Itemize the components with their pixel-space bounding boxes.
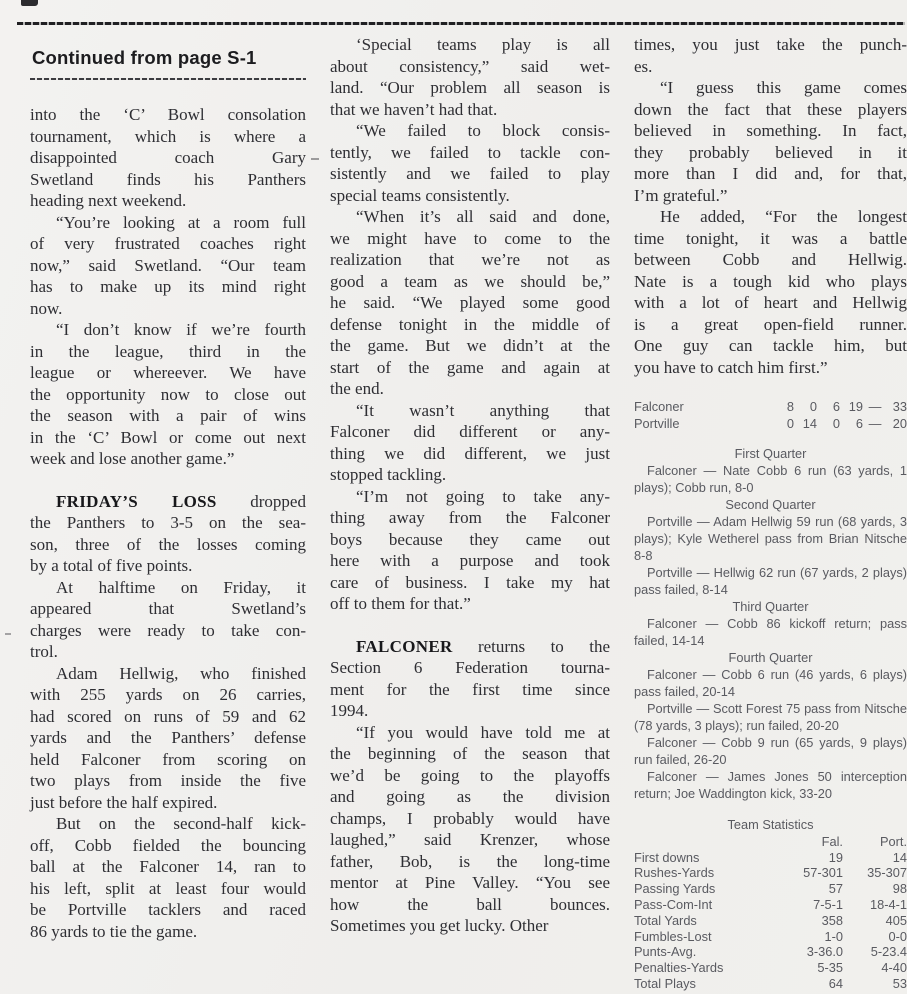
team-stats-row: Total Plays6453 [634, 976, 907, 992]
text-line: Swetland finds his Panthers [30, 169, 306, 191]
text-line: I’m grateful.” [634, 185, 907, 207]
final-score: 20 [887, 415, 907, 432]
text-line: believed in something. In fact, [634, 120, 907, 142]
quarter-score: 0 [794, 398, 817, 415]
linescore-row: Falconer80619—33 [634, 398, 907, 415]
paragraph: into the ‘C’ Bowl consolationtournament,… [30, 104, 306, 212]
text-line: laughed,” said Krenzer, whose [330, 829, 610, 851]
text-line: thing we did different, we just [330, 443, 610, 465]
top-rule-line [17, 22, 905, 25]
stat-value-falconer: 1-0 [777, 929, 843, 945]
text-line: just before the half expired. [30, 792, 306, 814]
stat-value-falconer: 57 [777, 881, 843, 897]
text-line: the game. But we didn’t at the [330, 335, 610, 357]
text-line: ball at the Falconer 14, ran to [30, 856, 306, 878]
continued-from-header: Continued from page S-1 [30, 34, 306, 78]
text-line: good a team as we should be,” [330, 271, 610, 293]
text-line: special teams consistently. [330, 185, 610, 207]
text-line: tournament, which is where a [30, 126, 306, 148]
stat-label: Total Plays [634, 976, 777, 992]
linescore-team: Falconer [634, 398, 684, 415]
text-line: At halftime on Friday, it [30, 577, 306, 599]
stat-value-falconer: 57-301 [777, 865, 843, 881]
stat-value-portville: 14 [843, 850, 907, 866]
text-line: the season with a pair of wins [30, 405, 306, 427]
text-line: into the ‘C’ Bowl consolation [30, 104, 306, 126]
text-line: mentor at Pine Valley. “You see [330, 872, 610, 894]
scoring-entry: Portville — Scott Forest 75 pass from Ni… [634, 700, 907, 734]
text-line: thing away from the Falconer [330, 507, 610, 529]
scoring-line: return; Joe Waddington kick, 33-20 [634, 785, 907, 802]
text-line: that we haven’t had that. [330, 99, 610, 121]
text-line: we’d be going to the playoffs [330, 765, 610, 787]
text-line: son, three of the losses coming [30, 534, 306, 556]
text-line: yards and the Panthers’ defense [30, 727, 306, 749]
stat-label: Pass-Com-Int [634, 897, 777, 913]
quarter-score: 0 [771, 415, 794, 432]
paragraph: FRIDAY’S LOSS droppedthe Panthers to 3-5… [30, 491, 306, 577]
text-line: “I guess this game comes [634, 77, 907, 99]
text-line: with 255 yards on 26 carries, [30, 684, 306, 706]
team-stats-row: Rushes-Yards57-30135-307 [634, 865, 907, 881]
team-stats-row: Fumbles-Lost1-00-0 [634, 929, 907, 945]
text-line: FALCONER returns to the [330, 636, 610, 658]
stat-value-portville: 5-23.4 [843, 944, 907, 960]
text-line: He added, “For the longest [634, 206, 907, 228]
text-line: care of business. I take my hat [330, 572, 610, 594]
team-stats-title: Team Statistics [634, 817, 907, 833]
scoring-line: plays); Cobb run, 8-0 [634, 479, 907, 496]
text-line: FRIDAY’S LOSS dropped [30, 491, 306, 513]
text-line: is a great open-field runner. [634, 314, 907, 336]
team-stats-row: Penalties-Yards5-354-40 [634, 960, 907, 976]
stat-value-falconer: 5-35 [777, 960, 843, 976]
scoring-entry: Portville — Hellwig 62 run (67 yards, 2 … [634, 564, 907, 598]
scoring-summary: First QuarterFalconer — Nate Cobb 6 run … [634, 445, 907, 802]
stat-value-portville: 4-40 [843, 960, 907, 976]
text-line: he said. “We played some good [330, 292, 610, 314]
team-stats-rows: First downs1914Rushes-Yards57-30135-307P… [634, 850, 907, 992]
dash: — [863, 415, 887, 432]
quarter-heading: Fourth Quarter [634, 649, 907, 666]
text-line: we might have to come to the [330, 228, 610, 250]
continued-header-rule [30, 78, 306, 80]
quarter-score: 0 [817, 415, 840, 432]
linescore-scores: 01406—20 [771, 415, 907, 432]
quarter-score: 8 [771, 398, 794, 415]
text-line: “When it’s all said and done, [330, 206, 610, 228]
article-column-2: ‘Special teams play is allabout consiste… [330, 34, 610, 937]
box-score: Falconer80619—33Portville01406—20 First … [634, 398, 907, 992]
team-stats-row: First downs1914 [634, 850, 907, 866]
text-line: now. [30, 298, 306, 320]
team-stats-row: Passing Yards5798 [634, 881, 907, 897]
stat-value-portville: 405 [843, 913, 907, 929]
text-line: in the ‘C’ Bowl or come out next [30, 427, 306, 449]
stat-value-falconer: 3-36.0 [777, 944, 843, 960]
scoring-line: pass failed, 20-14 [634, 683, 907, 700]
quarter-score: 6 [840, 415, 863, 432]
scoring-line: Portville — Adam Hellwig 59 run (68 yard… [634, 513, 907, 530]
bold-lead-in: FRIDAY’S LOSS [56, 492, 217, 511]
paragraph: “It wasn’t anything thatFalconer did dif… [330, 400, 610, 486]
text-line: “I’m not going to take any- [330, 486, 610, 508]
text-line: tently, we failed to tackle con- [330, 142, 610, 164]
team-stats-table: Team Statistics Fal. Port. First downs19… [634, 817, 907, 992]
text-line: how the ball bounces. [330, 894, 610, 916]
linescore-table: Falconer80619—33Portville01406—20 [634, 398, 907, 432]
text-line: disappointed coach Gary [30, 147, 306, 169]
text-line: with a lot of heart and Hellwig [634, 292, 907, 314]
scoring-line: Falconer — Nate Cobb 6 run (63 yards, 1 [634, 462, 907, 479]
text-line: heading next weekend. [30, 190, 306, 212]
text-line: sistently and we failed to play [330, 163, 610, 185]
stat-label: Total Yards [634, 913, 777, 929]
article-column-3: times, you just take the punch-es.“I gue… [634, 34, 907, 992]
text-line: Falconer did different or any- [330, 421, 610, 443]
text-line: Nate is a tough kid who plays [634, 271, 907, 293]
scoring-line: Falconer — Cobb 86 kickoff return; pass [634, 615, 907, 632]
text-line: defense tonight in the middle of [330, 314, 610, 336]
paragraph: “We failed to block consis-tently, we fa… [330, 120, 610, 206]
quarter-heading: Third Quarter [634, 598, 907, 615]
text-line: land. “Our problem all season is [330, 77, 610, 99]
text-line: by a total of five points. [30, 555, 306, 577]
column-1-body: into the ‘C’ Bowl consolationtournament,… [30, 104, 306, 942]
scoring-line: Falconer — Cobb 9 run (65 yards, 9 plays… [634, 734, 907, 751]
text-line: “You’re looking at a room full [30, 212, 306, 234]
article-columns: Continued from page S-1 into the ‘C’ Bow… [30, 34, 907, 992]
paragraph: FALCONER returns to theSection 6 Federat… [330, 636, 610, 722]
scoring-entry: Falconer — Nate Cobb 6 run (63 yards, 1p… [634, 462, 907, 496]
scoring-entry: Falconer — James Jones 50 interceptionre… [634, 768, 907, 802]
text-line: be Portville tacklers and raced [30, 899, 306, 921]
text-line: and going as the division [330, 786, 610, 808]
paragraph: “If you would have told me atthe beginni… [330, 722, 610, 937]
text-line: ‘Special teams play is all [330, 34, 610, 56]
text-line: “It wasn’t anything that [330, 400, 610, 422]
stat-value-falconer: 7-5-1 [777, 897, 843, 913]
quarter-score: 19 [840, 398, 863, 415]
text-line: between Cobb and Hellwig. [634, 249, 907, 271]
paragraph: “I guess this game comesdown the fact th… [634, 77, 907, 206]
text-line: “If you would have told me at [330, 722, 610, 744]
text-line: league or whereever. We have [30, 362, 306, 384]
text-line: times, you just take the punch- [634, 34, 907, 56]
scoring-line: Falconer — Cobb 6 run (46 yards, 6 plays… [634, 666, 907, 683]
scoring-entry: Falconer — Cobb 86 kickoff return; passf… [634, 615, 907, 649]
scoring-line: (78 yards, 3 plays); run failed, 20-20 [634, 717, 907, 734]
text-line: Adam Hellwig, who finished [30, 663, 306, 685]
text-line: stopped tackling. [330, 464, 610, 486]
stat-value-falconer: 19 [777, 850, 843, 866]
text-line: now,” said Swetland. “Our team [30, 255, 306, 277]
text-line: the Panthers to 3-5 on the sea- [30, 512, 306, 534]
text-line: “I don’t know if we’re fourth [30, 319, 306, 341]
stat-value-portville: 18-4-1 [843, 897, 907, 913]
stat-value-portville: 35-307 [843, 865, 907, 881]
scoring-line: Portville — Hellwig 62 run (67 yards, 2 … [634, 564, 907, 581]
scoring-entry: Falconer — Cobb 6 run (46 yards, 6 plays… [634, 666, 907, 700]
text-line: 1994. [330, 700, 610, 722]
stat-value-portville: 0-0 [843, 929, 907, 945]
stat-label: Penalties-Yards [634, 960, 777, 976]
text-line: of very frustrated coaches right [30, 233, 306, 255]
scanned-newspaper-page: Continued from page S-1 into the ‘C’ Bow… [0, 0, 907, 994]
team-stats-row: Pass-Com-Int7-5-118-4-1 [634, 897, 907, 913]
text-line: One guy can tackle him, but [634, 335, 907, 357]
team-stats-col-portville: Port. [843, 834, 907, 850]
paragraph: But on the second-half kick-off, Cobb fi… [30, 813, 306, 942]
text-line: the beginning of the season that [330, 743, 610, 765]
text-line: down the fact that these players [634, 99, 907, 121]
article-column-1: Continued from page S-1 into the ‘C’ Bow… [30, 34, 306, 942]
text-line: ment for the first time since [330, 679, 610, 701]
text-line: charges were ready to take con- [30, 620, 306, 642]
text-line: off, Cobb fielded the bouncing [30, 835, 306, 857]
paragraph: He added, “For the longesttime tonight, … [634, 206, 907, 378]
scoring-entry: Portville — Adam Hellwig 59 run (68 yard… [634, 513, 907, 564]
text-line: has to make up its mind right [30, 276, 306, 298]
quarter-score: 6 [817, 398, 840, 415]
text-line: you have to catch him first.” [634, 357, 907, 379]
column-2-body: ‘Special teams play is allabout consiste… [330, 34, 610, 937]
text-line: time tonight, it was a battle [634, 228, 907, 250]
stat-label: Passing Yards [634, 881, 777, 897]
text-line: here with a purpose and took [330, 550, 610, 572]
text-line: held Falconer from scoring on [30, 749, 306, 771]
text-line: in the league, third in the [30, 341, 306, 363]
paragraph: “I don’t know if we’re fourthin the leag… [30, 319, 306, 470]
scoring-line: 8-8 [634, 547, 907, 564]
paragraph: Adam Hellwig, who finishedwith 255 yards… [30, 663, 306, 814]
text-line: his left, split at least four would [30, 878, 306, 900]
stat-value-falconer: 64 [777, 976, 843, 992]
linescore-row: Portville01406—20 [634, 415, 907, 432]
paragraph: ‘Special teams play is allabout consiste… [330, 34, 610, 120]
stat-label: First downs [634, 850, 777, 866]
stat-label: Fumbles-Lost [634, 929, 777, 945]
text-line: “We failed to block consis- [330, 120, 610, 142]
text-line: they probably believed in it [634, 142, 907, 164]
scoring-line: Portville — Scott Forest 75 pass from Ni… [634, 700, 907, 717]
linescore-scores: 80619—33 [771, 398, 907, 415]
quarter-heading: First Quarter [634, 445, 907, 462]
stat-label: Punts-Avg. [634, 944, 777, 960]
quarter-heading: Second Quarter [634, 496, 907, 513]
text-line: trol. [30, 641, 306, 663]
text-line: more than I did and, for that, [634, 163, 907, 185]
stat-label: Rushes-Yards [634, 865, 777, 881]
scoring-line: failed, 14-14 [634, 632, 907, 649]
bold-lead-in: FALCONER [356, 637, 453, 656]
text-line: the opportunity now to close out [30, 384, 306, 406]
team-stats-header-row: Fal. Port. [634, 834, 907, 850]
dash: — [863, 398, 887, 415]
text-line: off to them for that.” [330, 593, 610, 615]
text-line: es. [634, 56, 907, 78]
paragraph: “You’re looking at a room fullof very fr… [30, 212, 306, 320]
stat-value-portville: 53 [843, 976, 907, 992]
text-line: two plays from inside the five [30, 770, 306, 792]
text-line: father, Bob, is the long-time [330, 851, 610, 873]
text-line: the end. [330, 378, 610, 400]
team-stats-row: Punts-Avg.3-36.05-23.4 [634, 944, 907, 960]
text-line: had scored on runs of 59 and 62 [30, 706, 306, 728]
final-score: 33 [887, 398, 907, 415]
paragraph: times, you just take the punch-es. [634, 34, 907, 77]
quarter-score: 14 [794, 415, 817, 432]
scoring-line: plays); Kyle Wetherel pass from Brian Ni… [634, 530, 907, 547]
paragraph: “I’m not going to take any-thing away fr… [330, 486, 610, 615]
text-line: appeared that Swetland’s [30, 598, 306, 620]
column-3-body: times, you just take the punch-es.“I gue… [634, 34, 907, 378]
text-line: Sometimes you get lucky. Other [330, 915, 610, 937]
scan-speck [5, 633, 11, 635]
paragraph: “When it’s all said and done,we might ha… [330, 206, 610, 400]
team-stats-label-spacer [634, 834, 777, 850]
text-line: start of the game and again at [330, 357, 610, 379]
scoring-line: run failed, 26-20 [634, 751, 907, 768]
text-line: boys because they came out [330, 529, 610, 551]
text-line: But on the second-half kick- [30, 813, 306, 835]
text-line: week and lose another game.” [30, 448, 306, 470]
scoring-line: Falconer — James Jones 50 interception [634, 768, 907, 785]
team-stats-col-falconer: Fal. [777, 834, 843, 850]
text-line: champs, I probably would have [330, 808, 610, 830]
ink-smudge [21, 0, 38, 6]
team-stats-row: Total Yards358405 [634, 913, 907, 929]
stat-value-falconer: 358 [777, 913, 843, 929]
text-line: Section 6 Federation tourna- [330, 657, 610, 679]
text-line: 86 yards to tie the game. [30, 921, 306, 943]
linescore-team: Portville [634, 415, 680, 432]
paragraph: At halftime on Friday, itappeared that S… [30, 577, 306, 663]
scoring-entry: Falconer — Cobb 9 run (65 yards, 9 plays… [634, 734, 907, 768]
scoring-line: pass failed, 8-14 [634, 581, 907, 598]
stat-value-portville: 98 [843, 881, 907, 897]
text-line: about consistency,” said wet- [330, 56, 610, 78]
text-line: realization that we’re not as [330, 249, 610, 271]
